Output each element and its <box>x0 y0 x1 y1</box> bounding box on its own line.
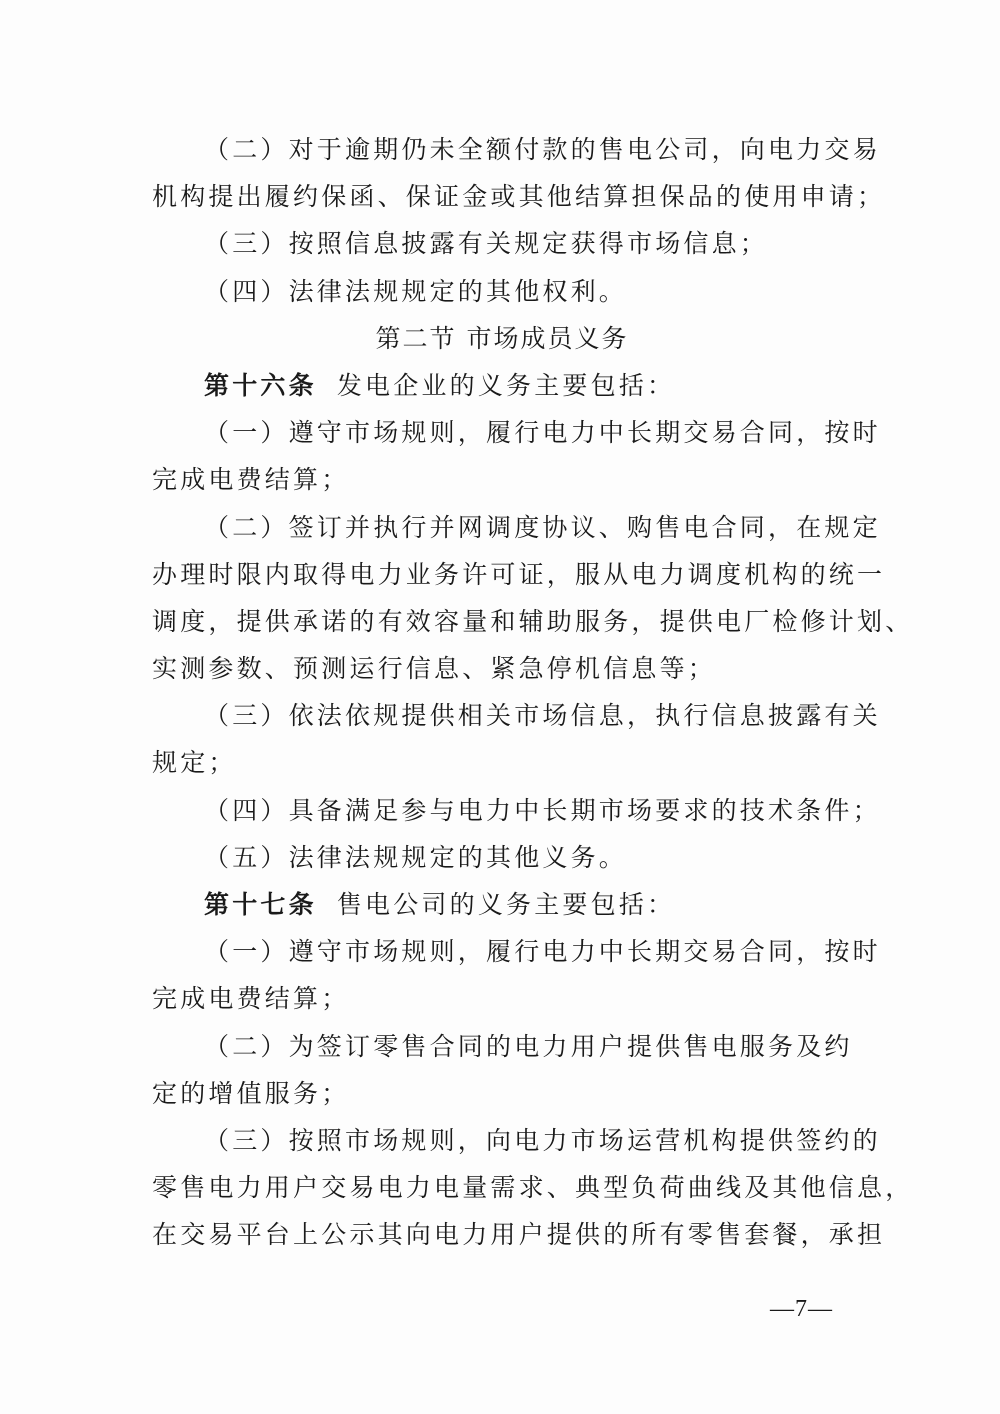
text-line: 完成电费结算； <box>152 456 852 503</box>
text-line: （三）按照信息披露有关规定获得市场信息； <box>152 220 852 267</box>
article-label: 第十六条 <box>204 371 317 400</box>
text-line: 完成电费结算； <box>152 975 852 1022</box>
text-line: （一）遵守市场规则，履行电力中长期交易合同，按时 <box>152 409 852 456</box>
text-line: 在交易平台上公示其向电力用户提供的所有零售套餐，承担 <box>152 1211 852 1258</box>
text-line: 零售电力用户交易电力电量需求、典型负荷曲线及其他信息， <box>152 1164 852 1211</box>
text-line: （四）具备满足参与电力中长期市场要求的技术条件； <box>152 787 852 834</box>
text-line: 规定； <box>152 739 852 786</box>
text-line: （一）遵守市场规则，履行电力中长期交易合同，按时 <box>152 928 852 975</box>
article-text: 售电公司的义务主要包括： <box>337 890 675 919</box>
text-line: （五）法律法规规定的其他义务。 <box>152 834 852 881</box>
text-line: （二）对于逾期仍未全额付款的售电公司，向电力交易 <box>152 126 852 173</box>
article-label: 第十七条 <box>204 890 317 919</box>
text-line: 机构提出履约保函、保证金或其他结算担保品的使用申请； <box>152 173 852 220</box>
text-line: 定的增值服务； <box>152 1070 852 1117</box>
article-line: 第十七条售电公司的义务主要包括： <box>152 881 852 928</box>
text-line: （二）为签订零售合同的电力用户提供售电服务及约 <box>152 1023 852 1070</box>
text-line: 调度，提供承诺的有效容量和辅助服务，提供电厂检修计划、 <box>152 598 852 645</box>
text-line: （四）法律法规规定的其他权利。 <box>152 268 852 315</box>
text-line: 实测参数、预测运行信息、紧急停机信息等； <box>152 645 852 692</box>
article-line: 第十六条发电企业的义务主要包括： <box>152 362 852 409</box>
text-line: （三）依法依规提供相关市场信息，执行信息披露有关 <box>152 692 852 739</box>
document-page: （二）对于逾期仍未全额付款的售电公司，向电力交易 机构提出履约保函、保证金或其他… <box>152 126 852 1259</box>
text-line: （三）按照市场规则，向电力市场运营机构提供签约的 <box>152 1117 852 1164</box>
article-text: 发电企业的义务主要包括： <box>337 371 675 400</box>
page-number: —7— <box>770 1296 833 1323</box>
text-line: （二）签订并执行并网调度协议、购售电合同，在规定 <box>152 504 852 551</box>
section-heading: 第二节 市场成员义务 <box>152 315 852 362</box>
text-line: 办理时限内取得电力业务许可证，服从电力调度机构的统一 <box>152 551 852 598</box>
